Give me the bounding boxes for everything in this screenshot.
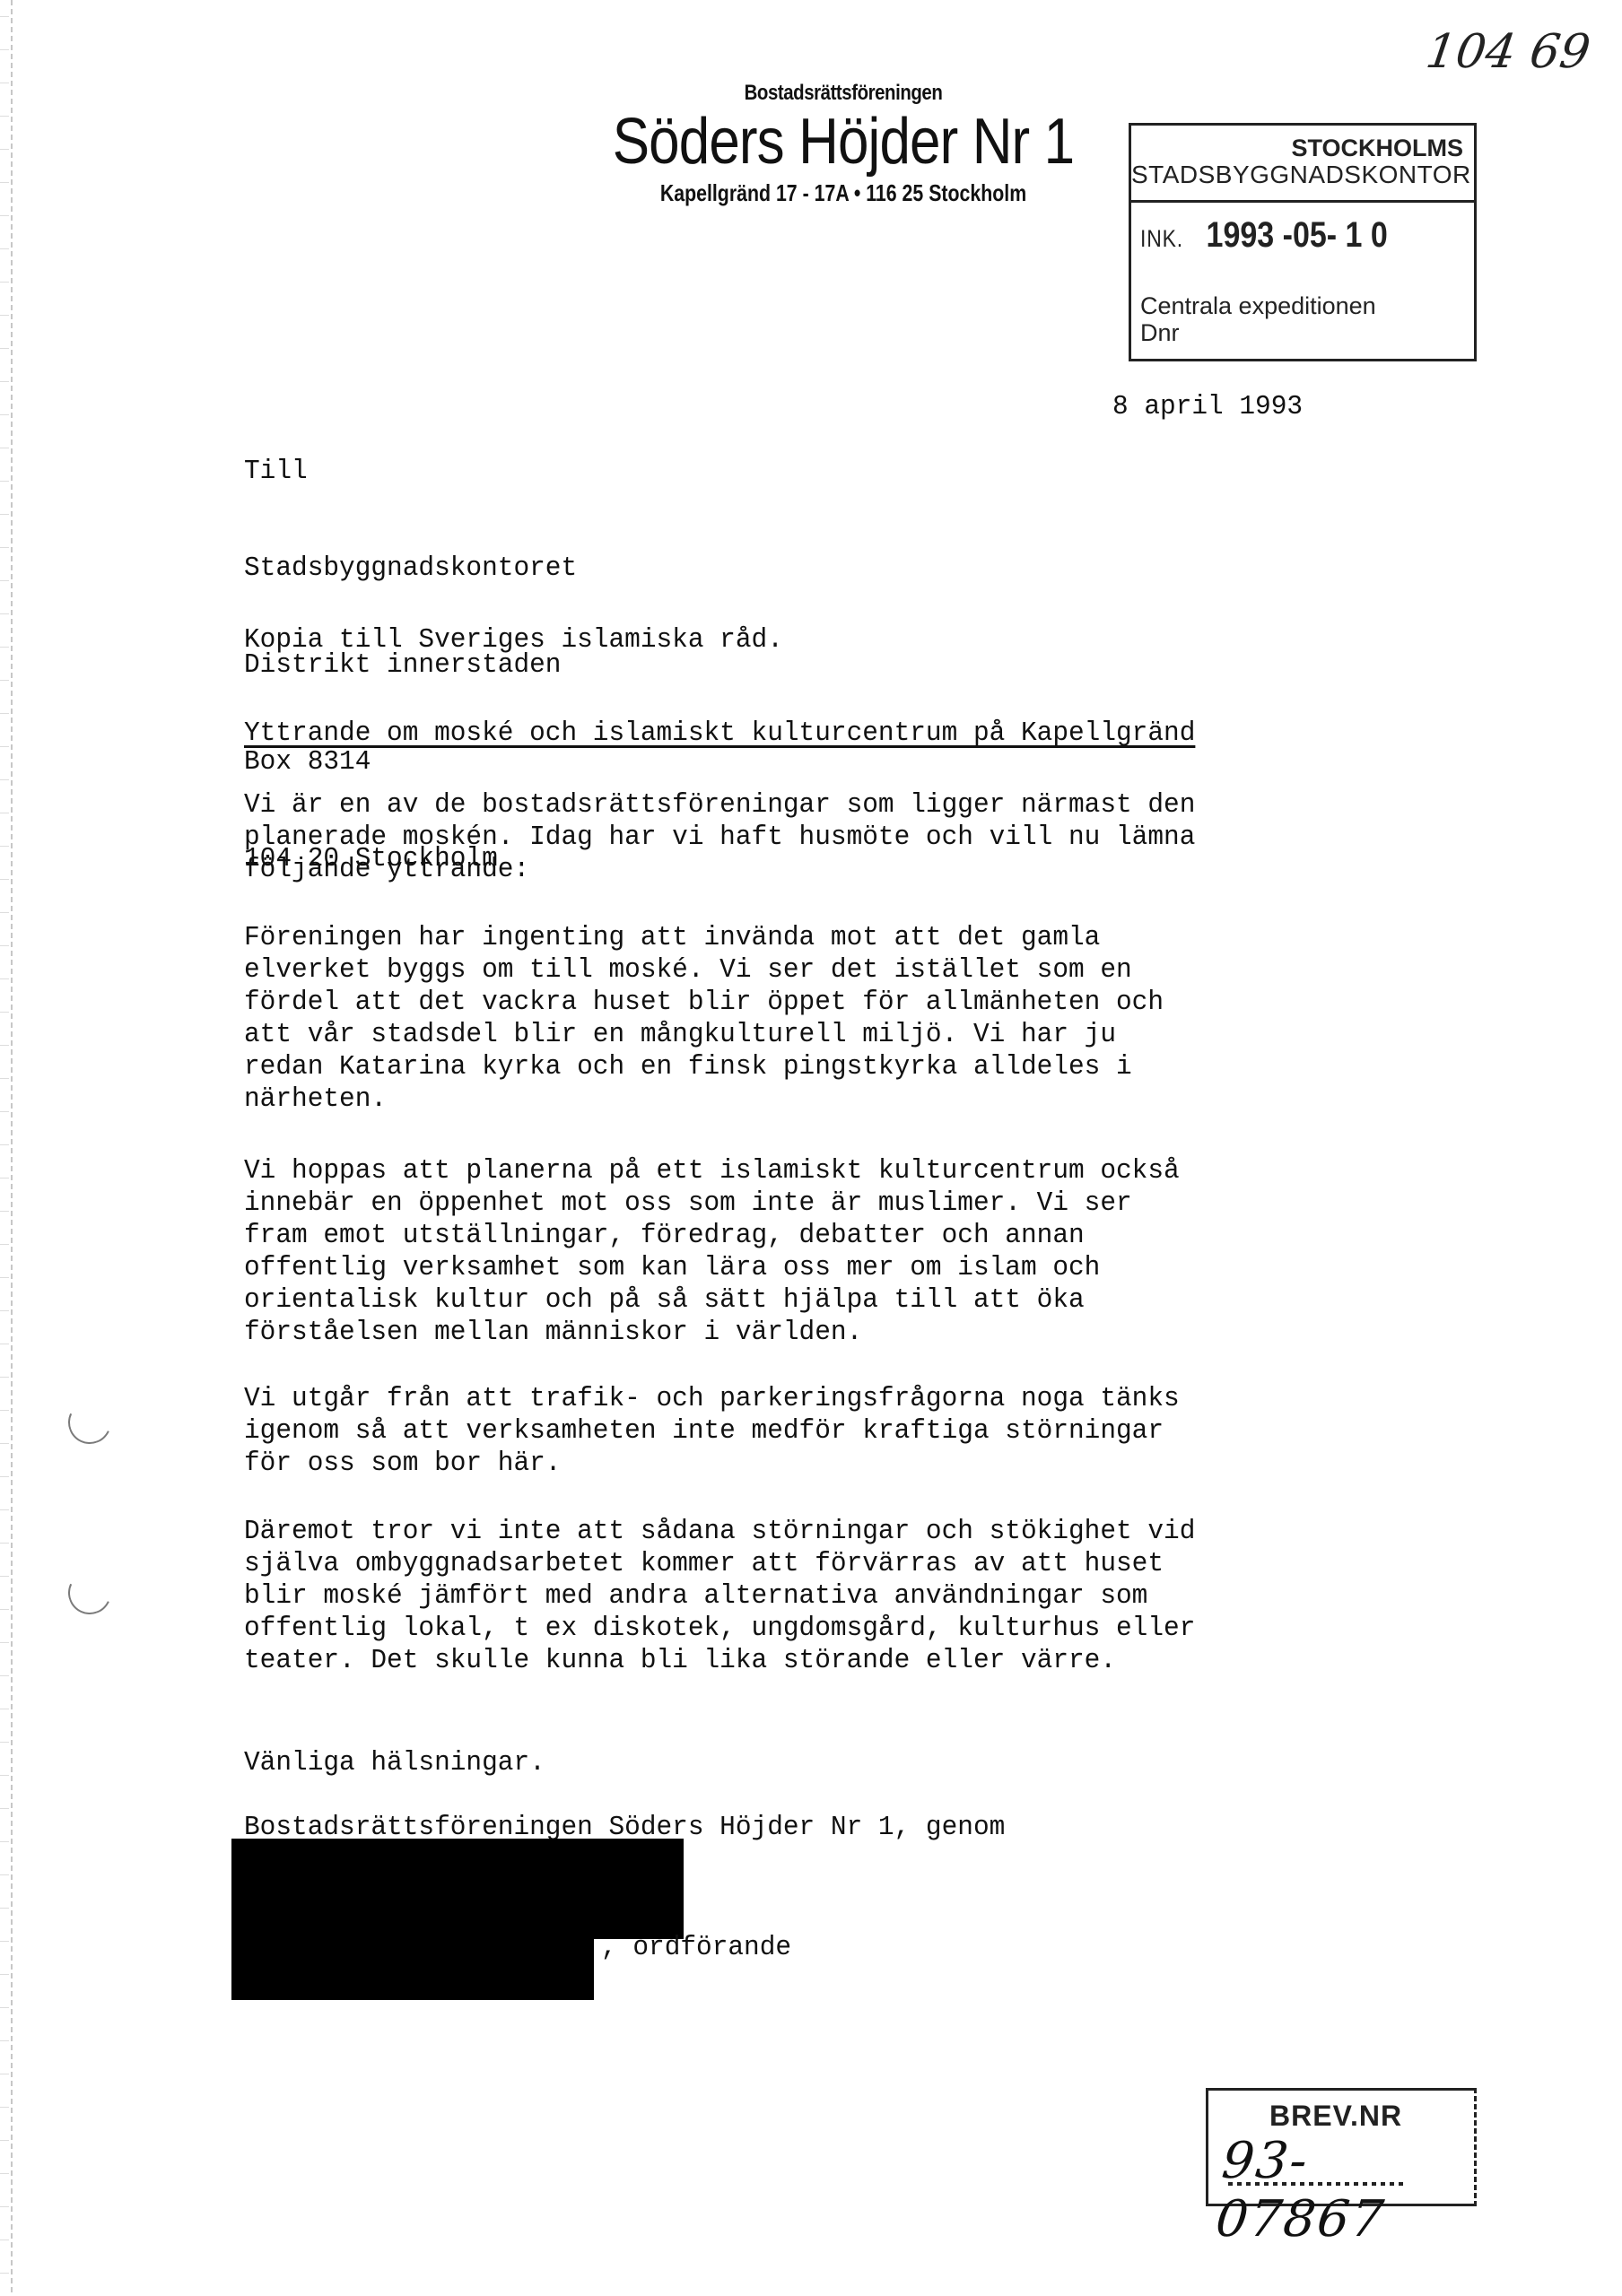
scan-edge-artifact bbox=[0, 0, 9, 2296]
recipient-line: Box 8314 bbox=[244, 746, 577, 778]
recipient-line: Stadsbyggnadskontoret bbox=[244, 552, 577, 585]
signature-title: , ordförande bbox=[601, 1932, 791, 1964]
body-paragraph: Vi utgår från att trafik- och parkerings… bbox=[244, 1383, 1180, 1480]
letter-subject: Yttrande om moské och islamiskt kulturce… bbox=[244, 717, 1195, 750]
letter-date: 8 april 1993 bbox=[1112, 391, 1303, 423]
redacted-signature-block bbox=[231, 1839, 684, 1939]
body-paragraph: Vi är en av de bostadsrättsföreningar so… bbox=[244, 789, 1195, 886]
copy-to-line: Kopia till Sveriges islamiska råd. bbox=[244, 624, 783, 657]
letterhead-org-name: Söders Höjder Nr 1 bbox=[612, 108, 1075, 176]
scanned-letter-page: 104 69 Bostadsrättsföreningen Söders Höj… bbox=[0, 0, 1622, 2296]
stamp-office: STOCKHOLMS STADSBYGGNADSKONTOR bbox=[1131, 126, 1474, 203]
punch-hole-mark bbox=[62, 1395, 118, 1450]
punch-hole-mark bbox=[62, 1565, 118, 1621]
handwritten-document-number: 104 69 bbox=[1423, 25, 1593, 79]
letter-number-label: BREV.NR bbox=[1269, 2100, 1402, 2133]
stamp-department: Centrala expeditionen Dnr bbox=[1140, 292, 1376, 346]
closing-greeting: Vänliga hälsningar. bbox=[244, 1747, 545, 1779]
body-paragraph: Vi hoppas att planerna på ett islamiskt … bbox=[244, 1155, 1180, 1349]
dotted-line bbox=[1228, 2182, 1408, 2186]
stamp-dnr-label: Dnr bbox=[1140, 319, 1376, 346]
received-stamp: STOCKHOLMS STADSBYGGNADSKONTOR INK.1993 … bbox=[1129, 123, 1477, 361]
letterhead-org-type: Bostadsrättsföreningen bbox=[615, 81, 1072, 106]
body-paragraph: Föreningen har ingenting att invända mot… bbox=[244, 922, 1164, 1116]
stamp-department-name: Centrala expeditionen bbox=[1140, 292, 1376, 319]
scan-edge-line bbox=[11, 0, 13, 2296]
stamp-office-line1: STOCKHOLMS bbox=[1131, 135, 1463, 161]
letterhead: Bostadsrättsföreningen Söders Höjder Nr … bbox=[574, 81, 1112, 207]
stamp-received-date: 1993 -05- 1 0 bbox=[1207, 215, 1388, 255]
redacted-signature-block bbox=[231, 1937, 594, 2000]
letter-number-stamp: BREV.NR 93-07867 bbox=[1206, 2088, 1477, 2206]
stamp-ink-label: INK. bbox=[1140, 225, 1183, 252]
letterhead-address: Kapellgränd 17 - 17A • 116 25 Stockholm bbox=[623, 179, 1064, 207]
recipient-line: Till bbox=[244, 456, 577, 488]
stamp-received-row: INK.1993 -05- 1 0 bbox=[1140, 215, 1388, 256]
stamp-office-line2: STADSBYGGNADSKONTOR bbox=[1131, 161, 1463, 188]
body-paragraph: Däremot tror vi inte att sådana störning… bbox=[244, 1516, 1195, 1677]
letter-number-value: 93-07867 bbox=[1213, 2132, 1480, 2248]
